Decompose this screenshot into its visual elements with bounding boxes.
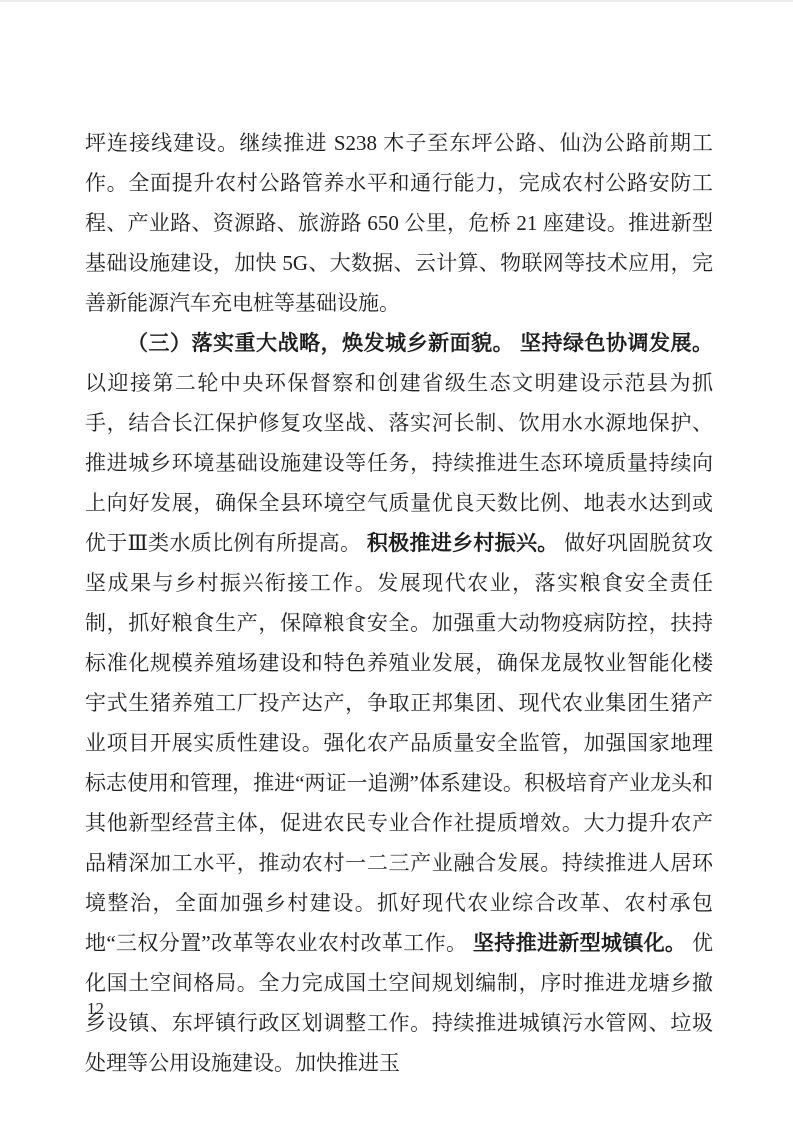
page-number: 12 bbox=[87, 999, 104, 1019]
text-run: 坪连接线建设。继续推进 S238 木子至东坪公路、仙沩公路前期工作。全面提升农村… bbox=[85, 131, 713, 315]
text-run: 以迎接第二轮中央环保督察和创建省级生态文明建设示范县为抓手，结合长江保护修复攻坚… bbox=[85, 371, 713, 555]
section-heading: （三）落实重大战略，焕发城乡新面貌。 bbox=[127, 331, 514, 355]
text-run: 做好巩固脱贫攻坚成果与乡村振兴衔接工作。发展现代农业，落实粮食安全责任制，抓好粮… bbox=[85, 531, 713, 955]
paragraph: 坪连接线建设。继续推进 S238 木子至东坪公路、仙沩公路前期工作。全面提升农村… bbox=[85, 123, 713, 323]
document-page: 坪连接线建设。继续推进 S238 木子至东坪公路、仙沩公路前期工作。全面提升农村… bbox=[0, 0, 793, 1122]
page-body-text: 坪连接线建设。继续推进 S238 木子至东坪公路、仙沩公路前期工作。全面提升农村… bbox=[85, 123, 713, 1083]
emphasis-green-coordinated-development: 坚持绿色协调发展。 bbox=[520, 331, 713, 355]
paragraph: （三）落实重大战略，焕发城乡新面貌。 坚持绿色协调发展。 以迎接第二轮中央环保督… bbox=[85, 323, 713, 1083]
emphasis-rural-revitalization: 积极推进乡村振兴。 bbox=[367, 531, 559, 555]
emphasis-new-urbanization: 坚持推进新型城镇化。 bbox=[473, 931, 687, 955]
